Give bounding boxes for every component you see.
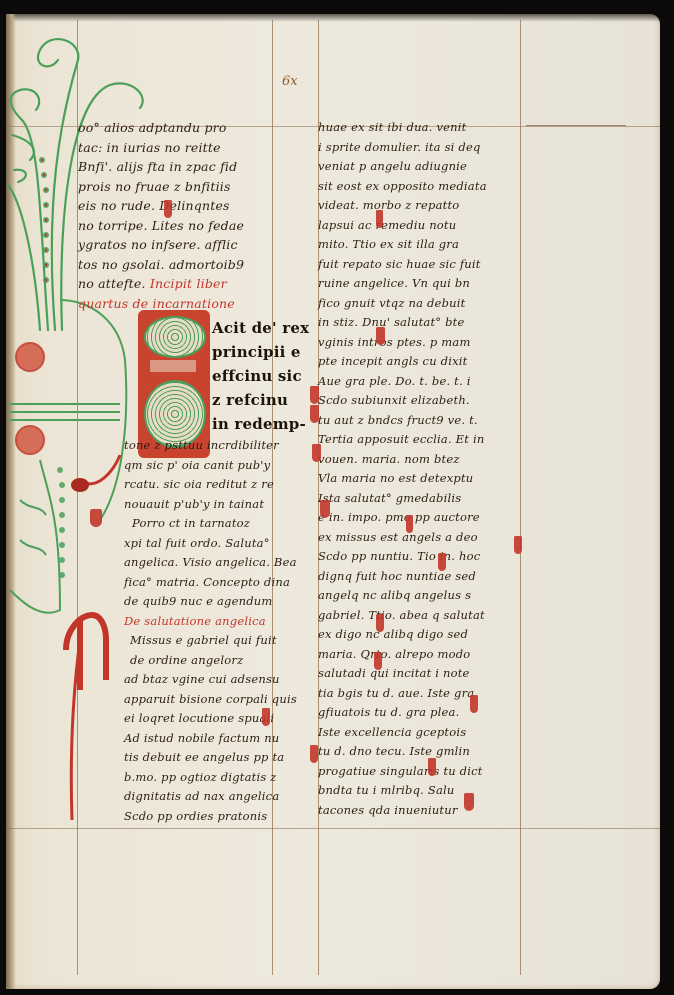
paraph-mark [312,444,321,462]
text-column-right: huae ex sit ibi dua. venit i sprite domu… [318,118,523,820]
text-line: nouauit p'ub'y in tainat [124,495,294,515]
text-line: Scdo pp ordies pratonis [124,807,294,827]
text-line: ygratos no infsere. afflic [78,235,278,255]
text-line: gfiuatois tu d. gra plea. [318,703,523,723]
paraph-mark [464,793,474,811]
text-line: Scdo pp nuntiu. Tio in. hoc [318,547,523,567]
text-line: in redemp- [212,412,292,436]
text-line: xpi tal fuit ordo. Saluta° [124,534,294,554]
paraph-mark [428,758,436,776]
text-line: Missus e gabriel qui fuit [124,631,294,651]
text-line: fuit repato sic huae sic fuit [318,255,523,275]
text-line: bndta tu i mlribq. Salu [318,781,523,801]
text-line: Iste excellencia gceptois [318,723,523,743]
text-line: Vla maria no est detexptu [318,469,523,489]
paraph-mark [310,745,318,763]
text-line: Ad istud nobile factum nu [124,729,294,749]
paraph-mark [164,200,172,218]
initial-crossbar [150,360,196,372]
paraph-mark [406,515,413,533]
text-line: vginis intros ptes. p mam [318,333,523,353]
paraph-mark [262,708,270,726]
text-line: b.mo. pp ogtioz digtatis z [124,768,294,788]
text-line-end: no attefte. [78,276,146,291]
text-line: Bnfi'. alijs fta in zpac fid [78,157,278,177]
paraph-mark [514,536,522,554]
paraph-mark [374,652,382,670]
text-line: z refcinu [212,388,292,412]
paraph-mark [438,553,446,571]
text-line: no attefte. Incipit liber [78,274,278,294]
text-line: veniat p angelu adiugnie [318,157,523,177]
text-line: de quib9 nuc e agendum [124,592,294,612]
text-line: Porro ct in tarnatoz [124,514,294,534]
text-line: tis debuit ee angelus pp ta [124,748,294,768]
text-column-left: oo° alios adptandu pro tac: in iurias no… [78,118,278,313]
text-line: oo° alios adptandu pro [78,118,278,138]
text-line: fico gnuit vtqz na debuit [318,294,523,314]
paraph-mark [470,695,478,713]
text-line: in stiz. Dnu' salutat° bte [318,313,523,333]
text-line: dignq fuit hoc nuntiae sed [318,567,523,587]
text-line: apparuit bisione corpali quis [124,690,294,710]
text-line: Tertia apposuit ecclia. Et in [318,430,523,450]
text-line: salutadi qui incitat i note [318,664,523,684]
text-line: videat. morbo z repatto [318,196,523,216]
text-line: tos no gsolai. admortoib9 [78,255,278,275]
ruling-line-right-top [526,125,626,126]
text-line: tac: in iurias no reitte [78,138,278,158]
text-line: prois no fruae z bnfitiis [78,177,278,197]
text-line: Acit de' rex [212,316,292,340]
text-line: huae ex sit ibi dua. venit [318,118,523,138]
text-line: tacones qda inueniutur [318,801,523,821]
text-line: Aue gra ple. Do. t. be. t. i [318,372,523,392]
text-line: e in. impo. pmo pp auctore [318,508,523,528]
text-line: maria. Qrto. alrepo modo [318,645,523,665]
text-line: vouen. maria. nom btez [318,450,523,470]
text-line: ad btaz vgine cui adsensu [124,670,294,690]
text-line: tone z psttuu incrdibiliter [124,436,294,456]
text-line: lapsui ac remediu notu [318,216,523,236]
text-line: principii e [212,340,292,364]
text-line: tu aut z bndcs fruct9 ve. t. [318,411,523,431]
text-line: Scdo subiunxit elizabeth. [318,391,523,411]
text-line: qm sic p' oia canit pub'y [124,456,294,476]
ruling-line-bottom [6,828,660,829]
text-line: mito. Ttio ex sit illa gra [318,235,523,255]
paraph-mark [376,210,383,228]
text-line: pte incepit angls cu dixit [318,352,523,372]
binding-gutter [6,14,16,989]
paraph-mark [376,614,384,632]
text-line: tu d. dno tecu. Iste gmlin [318,742,523,762]
text-line: effcinu sic [212,364,292,388]
text-line: angelica. Visio angelica. Bea [124,553,294,573]
text-line: ex missus est angels a deo [318,528,523,548]
text-line: tia bgis tu d. aue. Iste gra [318,684,523,704]
initial-text-block: Acit de' rex principii e effcinu sic z r… [212,316,292,436]
paraph-mark [310,386,319,404]
paraph-mark [90,509,102,527]
text-line: Ista salutat° gmedabilis [318,489,523,509]
text-line: sit eost ex opposito mediata [318,177,523,197]
text-line: dignitatis ad nax angelica [124,787,294,807]
paraph-mark [310,405,319,423]
paraph-mark [320,500,330,518]
text-line: de ordine angelorz [124,651,294,671]
text-line: eis no rude. Delinqntes [78,196,278,216]
paraph-mark [376,327,385,345]
text-line: gabriel. Ttio. abea q salutat [318,606,523,626]
text-line: rcatu. sic oia reditut z re [124,475,294,495]
text-line: no torripe. Lites no fedae [78,216,278,236]
text-line: ex digo nc alibq digo sed [318,625,523,645]
text-line: progatiue singularis tu dict [318,762,523,782]
initial-upper-bowl [144,316,206,358]
rubric-book-title: quartus de incarnatione [78,294,278,314]
folio-number: 6x [282,74,298,89]
text-line: ruine angelice. Vn qui bn [318,274,523,294]
text-line: fica° matria. Concepto dina [124,573,294,593]
text-column-left-continued: tone z psttuu incrdibiliter qm sic p' oi… [124,436,294,826]
rubric-incipit: Incipit liber [150,276,227,291]
text-line: i sprite domulier. ita si deq [318,138,523,158]
rubric-de-salutatione: De salutatione angelica [124,612,294,632]
text-line: angelq nc alibq angelus s [318,586,523,606]
